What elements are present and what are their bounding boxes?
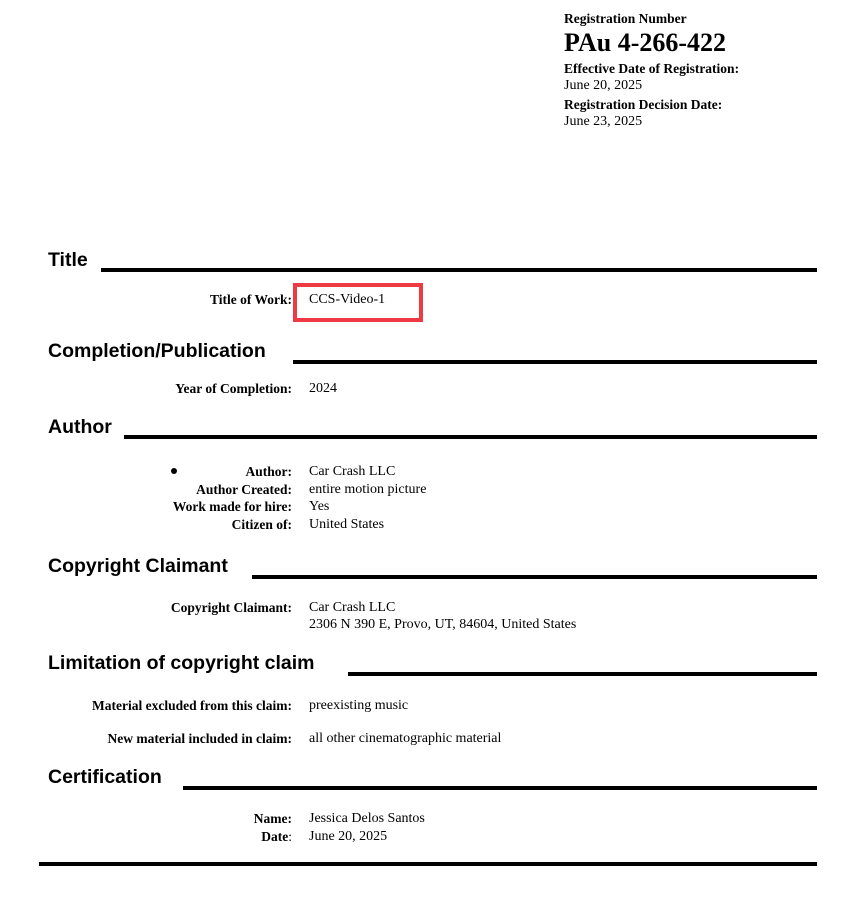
certification-name-label: Name: — [254, 810, 292, 828]
section-heading-completion: Completion/Publication — [48, 340, 266, 362]
section-heading-claimant: Copyright Claimant — [48, 555, 228, 577]
work-for-hire-value: Yes — [309, 498, 329, 516]
author-value: Car Crash LLC — [309, 463, 395, 481]
bullet-icon — [171, 468, 177, 474]
work-for-hire-label: Work made for hire: — [173, 498, 292, 516]
title-of-work-label: Title of Work: — [210, 291, 292, 309]
section-rule-limitation — [348, 672, 817, 676]
author-created-label: Author Created: — [196, 481, 292, 499]
author-created-value: entire motion picture — [309, 481, 426, 499]
citizen-of-value: United States — [309, 516, 384, 534]
section-rule-title — [101, 268, 817, 272]
citizen-of-label: Citizen of: — [232, 516, 292, 534]
certification-date-colon: : — [288, 829, 292, 844]
new-material-label: New material included in claim: — [108, 730, 292, 748]
certification-date-label-text: Date — [261, 829, 288, 844]
year-of-completion-label: Year of Completion: — [175, 380, 292, 398]
registration-number: PAu 4-266-422 — [564, 26, 739, 60]
registration-header: Registration Number PAu 4-266-422 Effect… — [564, 10, 739, 132]
certification-date-label: Date: — [261, 828, 292, 846]
title-of-work-value: CCS-Video-1 — [309, 291, 385, 309]
section-heading-limitation: Limitation of copyright claim — [48, 652, 315, 674]
effective-date: June 20, 2025 — [564, 77, 739, 94]
material-excluded-value: preexisting music — [309, 697, 408, 715]
new-material-value: all other cinematographic material — [309, 730, 501, 748]
decision-date: June 23, 2025 — [564, 113, 739, 130]
bottom-rule — [39, 862, 817, 866]
author-label: Author: — [246, 463, 293, 481]
copyright-claimant-address: 2306 N 390 E, Provo, UT, 84604, United S… — [309, 616, 576, 634]
section-heading-certification: Certification — [48, 766, 162, 788]
decision-date-label: Registration Decision Date: — [564, 96, 739, 113]
section-heading-title: Title — [48, 249, 88, 271]
section-rule-claimant — [252, 575, 817, 579]
section-rule-certification — [183, 786, 817, 790]
section-heading-author: Author — [48, 416, 112, 438]
section-rule-completion — [293, 360, 817, 364]
section-rule-author — [124, 435, 817, 439]
registration-number-label: Registration Number — [564, 10, 739, 27]
certification-name-value: Jessica Delos Santos — [309, 810, 425, 828]
year-of-completion-value: 2024 — [309, 380, 337, 398]
effective-date-label: Effective Date of Registration: — [564, 60, 739, 77]
copyright-claimant-name: Car Crash LLC — [309, 599, 395, 617]
copyright-claimant-label: Copyright Claimant: — [171, 599, 292, 617]
certification-date-value: June 20, 2025 — [309, 828, 387, 846]
material-excluded-label: Material excluded from this claim: — [92, 697, 292, 715]
